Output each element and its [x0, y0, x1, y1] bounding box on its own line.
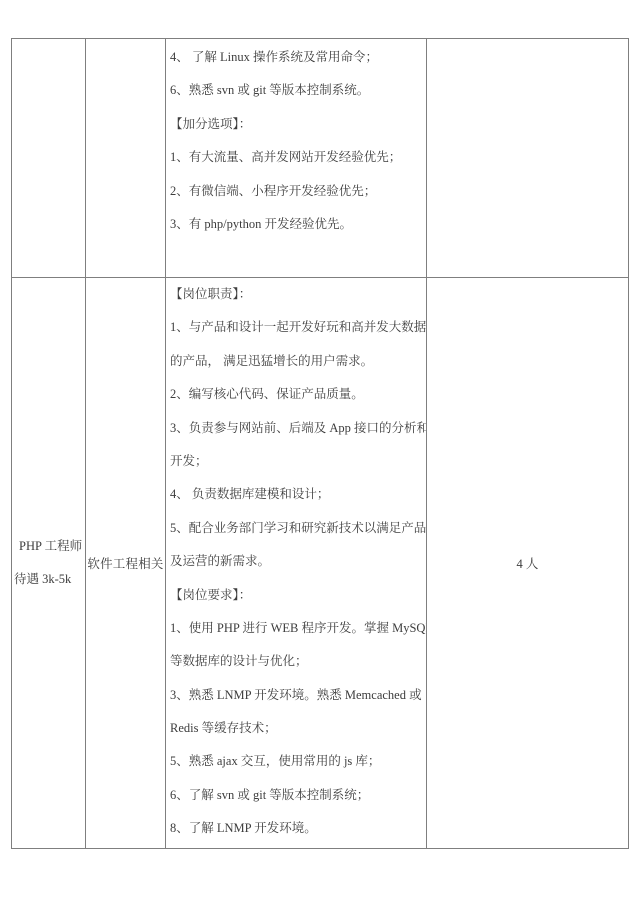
- position-line: PHP 工程师: [14, 530, 85, 563]
- description-cell: 4、 了解 Linux 操作系统及常用命令；6、熟悉 svn 或 git 等版本…: [166, 39, 427, 277]
- description-cell-php: 【岗位职责】：1、与产品和设计一起开发好玩和高并发大数据的产品， 满足迅猛增长的…: [166, 278, 427, 848]
- position-line: 待遇 3k-5k: [14, 563, 85, 596]
- description-line: 【岗位职责】：: [170, 278, 426, 311]
- description-line: 开发；: [170, 445, 426, 478]
- description-line: 3、负责参与网站前、后端及 App 接口的分析和: [170, 412, 426, 445]
- description-line: 4、 负责数据库建模和设计；: [170, 478, 426, 511]
- description-line: 1、有大流量、高并发网站开发经验优先；: [170, 141, 426, 174]
- description-line: 1、与产品和设计一起开发好玩和高并发大数据: [170, 311, 426, 344]
- description-line: 2、编写核心代码、保证产品质量。: [170, 378, 426, 411]
- job-table: 4、 了解 Linux 操作系统及常用命令；6、熟悉 svn 或 git 等版本…: [11, 38, 629, 849]
- document-page: 4、 了解 Linux 操作系统及常用命令；6、熟悉 svn 或 git 等版本…: [0, 0, 639, 905]
- description-line: 等数据库的设计与优化；: [170, 645, 426, 678]
- description-line: 4、 了解 Linux 操作系统及常用命令；: [170, 41, 426, 74]
- description-line: 及运营的新需求。: [170, 545, 426, 578]
- description-line: 3、有 php/python 开发经验优先。: [170, 208, 426, 241]
- description-line: 8、了解 LNMP 开发环境。: [170, 812, 426, 845]
- headcount-cell-empty: [427, 39, 628, 277]
- description-line: 【加分选项】：: [170, 108, 426, 141]
- description-line: 的产品， 满足迅猛增长的用户需求。: [170, 345, 426, 378]
- description-line: 3、熟悉 LNMP 开发环境。熟悉 Memcached 或: [170, 679, 426, 712]
- description-line: Redis 等缓存技术；: [170, 712, 426, 745]
- description-lines: 4、 了解 Linux 操作系统及常用命令；6、熟悉 svn 或 git 等版本…: [166, 39, 426, 241]
- description-line: 6、熟悉 svn 或 git 等版本控制系统。: [170, 74, 426, 107]
- description-line: 2、有微信端、小程序开发经验优先；: [170, 175, 426, 208]
- headcount-cell: 4 人: [427, 278, 628, 848]
- position-cell-empty: [12, 39, 86, 277]
- major-label: 软件工程相关: [87, 554, 163, 572]
- position-lines: PHP 工程师待遇 3k-5k: [12, 530, 85, 596]
- job-row-continuation: 4、 了解 Linux 操作系统及常用命令；6、熟悉 svn 或 git 等版本…: [12, 39, 628, 278]
- description-lines-php: 【岗位职责】：1、与产品和设计一起开发好玩和高并发大数据的产品， 满足迅猛增长的…: [166, 278, 426, 846]
- description-line: 5、配合业务部门学习和研究新技术以满足产品: [170, 512, 426, 545]
- major-cell-empty: [86, 39, 166, 277]
- job-row-php: PHP 工程师待遇 3k-5k 软件工程相关 【岗位职责】：1、与产品和设计一起…: [12, 278, 628, 848]
- major-cell: 软件工程相关: [86, 278, 166, 848]
- description-line: 5、熟悉 ajax 交互，使用常用的 js 库；: [170, 745, 426, 778]
- description-line: 【岗位要求】：: [170, 579, 426, 612]
- description-line: 6、了解 svn 或 git 等版本控制系统；: [170, 779, 426, 812]
- headcount-label: 4 人: [517, 554, 539, 572]
- description-line: 1、使用 PHP 进行 WEB 程序开发。掌握 MySQL: [170, 612, 426, 645]
- position-cell: PHP 工程师待遇 3k-5k: [12, 278, 86, 848]
